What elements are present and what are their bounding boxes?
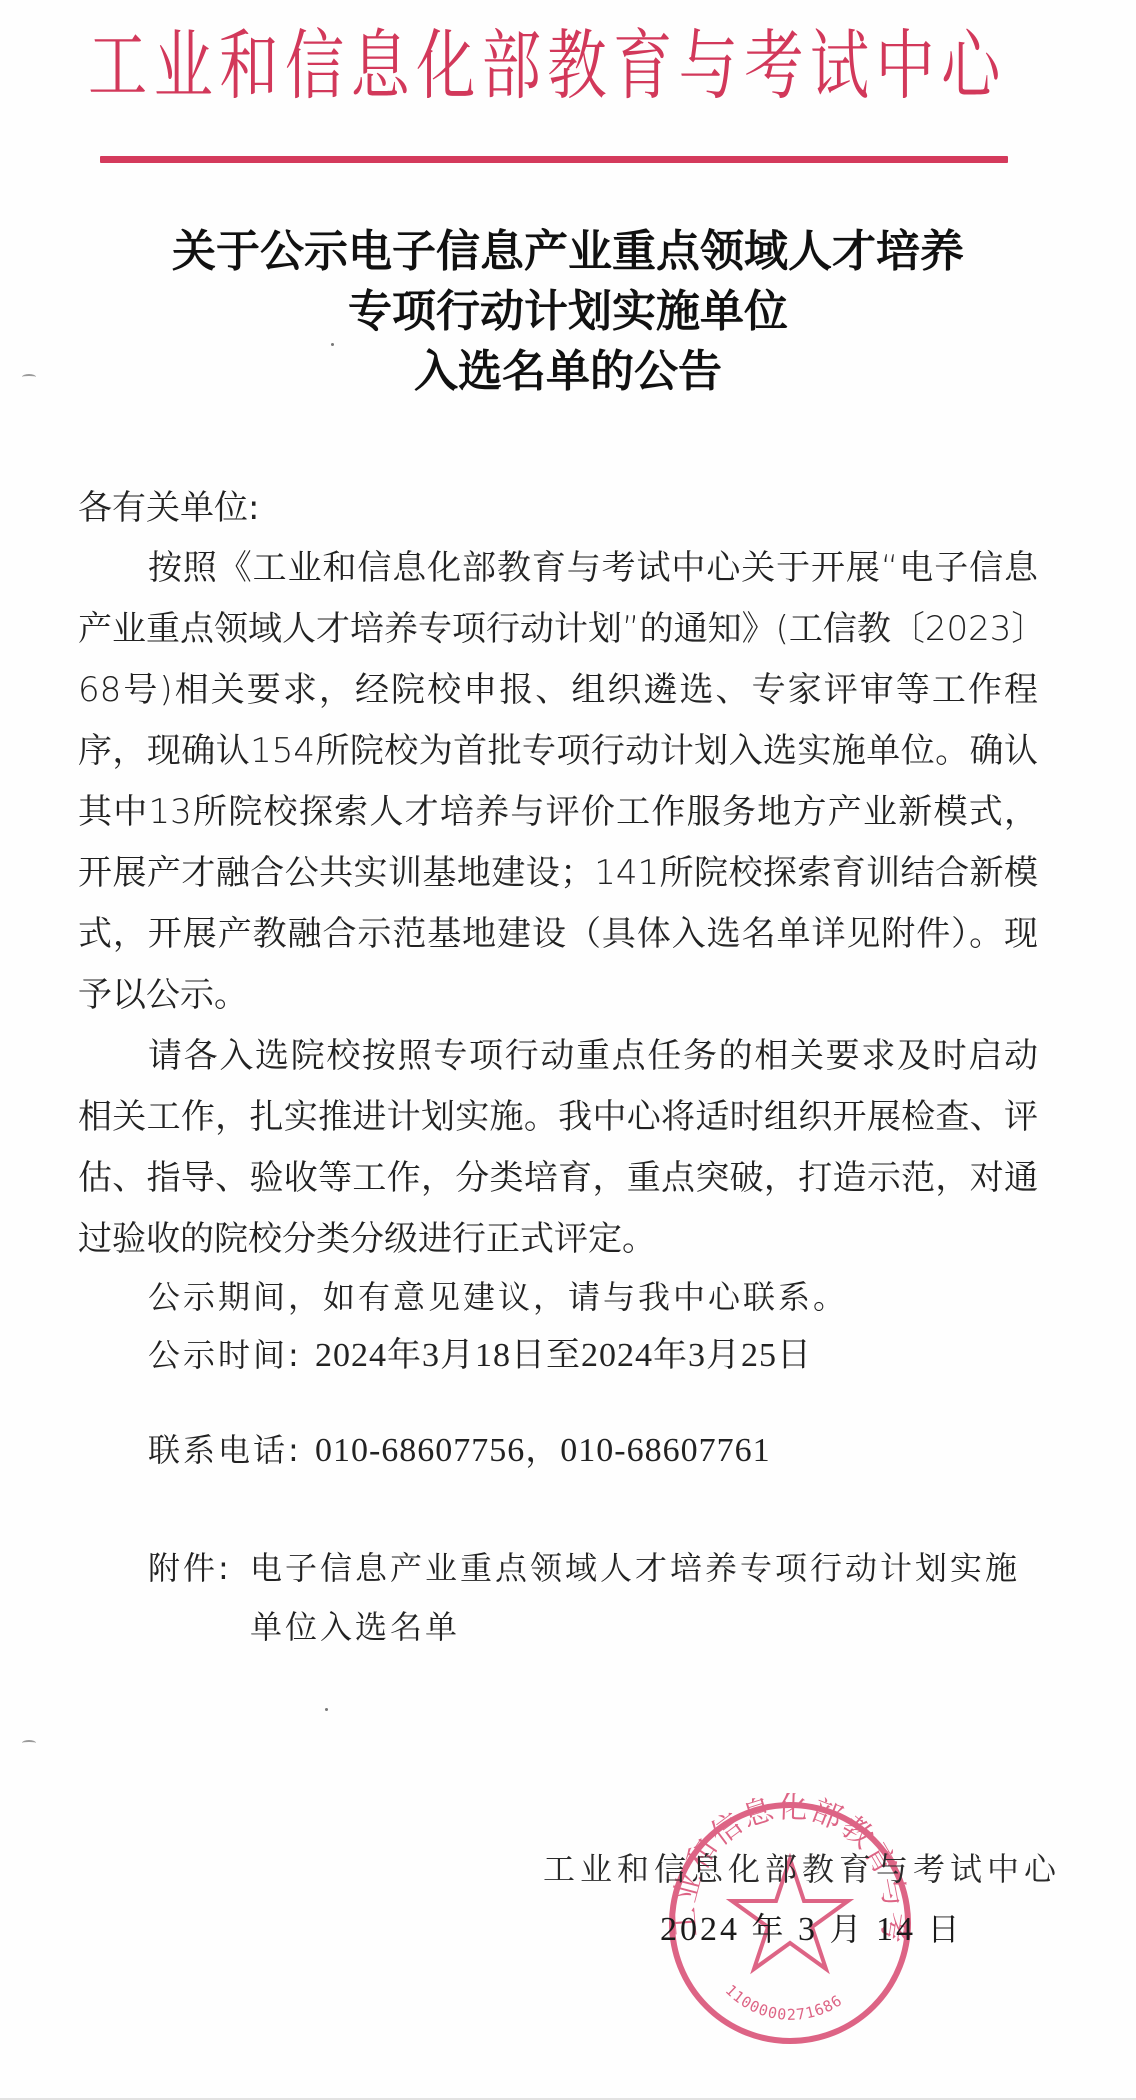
letterhead-char: 考 [744, 18, 810, 114]
paragraph-1-line: 其中13所院校探索人才培养与评价工作服务地方产业新模式， [78, 790, 1038, 834]
document-page: 工 业 和 信 息 化 部 教 育 与 考 试 中 心 关于公示电子信息产业重点… [0, 0, 1136, 2100]
paragraph-1-line: 68号)相关要求，经院校申报、组织遴选、专家评审等工作程 [78, 668, 1038, 712]
scan-artifact [22, 1740, 36, 1746]
signature-org: 工业和信息化部教育与考试中心 [543, 1847, 1061, 1891]
letterhead-char: 工 [88, 18, 154, 114]
paragraph-1-line: 式，开展产教融合示范基地建设（具体入选名单详见附件）。现 [78, 912, 1038, 956]
salutation: 各有关单位: [78, 486, 259, 530]
contact-phones: 010-68607756，010-68607761 [315, 1432, 771, 1469]
contact-phone: 联系电话: 010-68607756，010-68607761 [148, 1428, 771, 1473]
letterhead-char: 息 [351, 18, 417, 114]
attachment-title-line-2[interactable]: 单位入选名单 [250, 1605, 460, 1649]
notice-time-label: 公示时间: [148, 1336, 302, 1374]
notice-time-value: 2024年3月18日至2024年3月25日 [315, 1337, 812, 1374]
paragraph-1-line: 予以公示。 [78, 973, 1038, 1017]
attachment-label: 附件: [148, 1546, 232, 1590]
letterhead-char: 中 [876, 18, 942, 114]
notice-period-note: 公示期间，如有意见建议，请与我中心联系。 [148, 1275, 848, 1319]
letterhead-char: 化 [416, 18, 482, 114]
paragraph-1-line: 产业重点领域人才培养专项行动计划”的通知》(工信教〔2023〕 [78, 607, 1038, 651]
letterhead-char: 教 [547, 18, 613, 114]
paragraph-1-line: 序，现确认154所院校为首批专项行动计划入选实施单位。确认 [78, 729, 1038, 773]
letterhead-char: 试 [810, 18, 876, 114]
letterhead-red-rule [100, 156, 1008, 163]
title-line-2: 专项行动计划实施单位 [0, 282, 1136, 342]
scan-artifact [325, 1708, 328, 1711]
paragraph-2-line: 请各入选院校按照专项行动重点任务的相关要求及时启动 [148, 1034, 1038, 1078]
signature-date: 2024 年 3 月 14 日 [660, 1907, 963, 1952]
paragraph-2-line: 相关工作，扎实推进计划实施。我中心将适时组织开展检查、评 [78, 1095, 1038, 1139]
letterhead-char: 部 [482, 18, 548, 114]
svg-text:1100000271686: 1100000271686 [722, 1981, 846, 2024]
date-month: 3 [798, 1911, 818, 1948]
scan-artifact [22, 374, 36, 380]
paragraph-2-line: 估、指导、验收等工作，分类培育，重点突破，打造示范，对通 [78, 1156, 1038, 1200]
letterhead-char: 心 [941, 18, 1007, 114]
letterhead-char: 业 [154, 18, 220, 114]
notice-time: 公示时间: 2024年3月18日至2024年3月25日 [148, 1333, 812, 1378]
title-line-3: 入选名单的公告 [0, 342, 1136, 402]
attachment-title-line-1[interactable]: 电子信息产业重点领域人才培养专项行动计划实施 [250, 1546, 1020, 1590]
contact-label: 联系电话: [148, 1431, 302, 1469]
title-line-1: 关于公示电子信息产业重点领域人才培养 [0, 222, 1136, 282]
letterhead-char: 与 [679, 18, 745, 114]
letterhead-char: 信 [285, 18, 351, 114]
paragraph-2-line: 过验收的院校分类分级进行正式评定。 [78, 1217, 1038, 1261]
paragraph-1-line: 按照《工业和信息化部教育与考试中心关于开展“电子信息 [148, 546, 1038, 590]
paragraph-1-line: 开展产才融合公共实训基地建设；141所院校探索育训结合新模 [78, 851, 1038, 895]
date-year: 2024 [660, 1911, 740, 1948]
letterhead-org-name: 工 业 和 信 息 化 部 教 育 与 考 试 中 心 [88, 18, 1007, 114]
date-day: 14 [876, 1911, 916, 1948]
letterhead-char: 育 [613, 18, 679, 114]
seal-code: 1100000271686 [722, 1981, 846, 2024]
document-title: 关于公示电子信息产业重点领域人才培养 专项行动计划实施单位 入选名单的公告 [0, 222, 1136, 402]
letterhead-char: 和 [219, 18, 285, 114]
scan-artifact [331, 343, 334, 346]
